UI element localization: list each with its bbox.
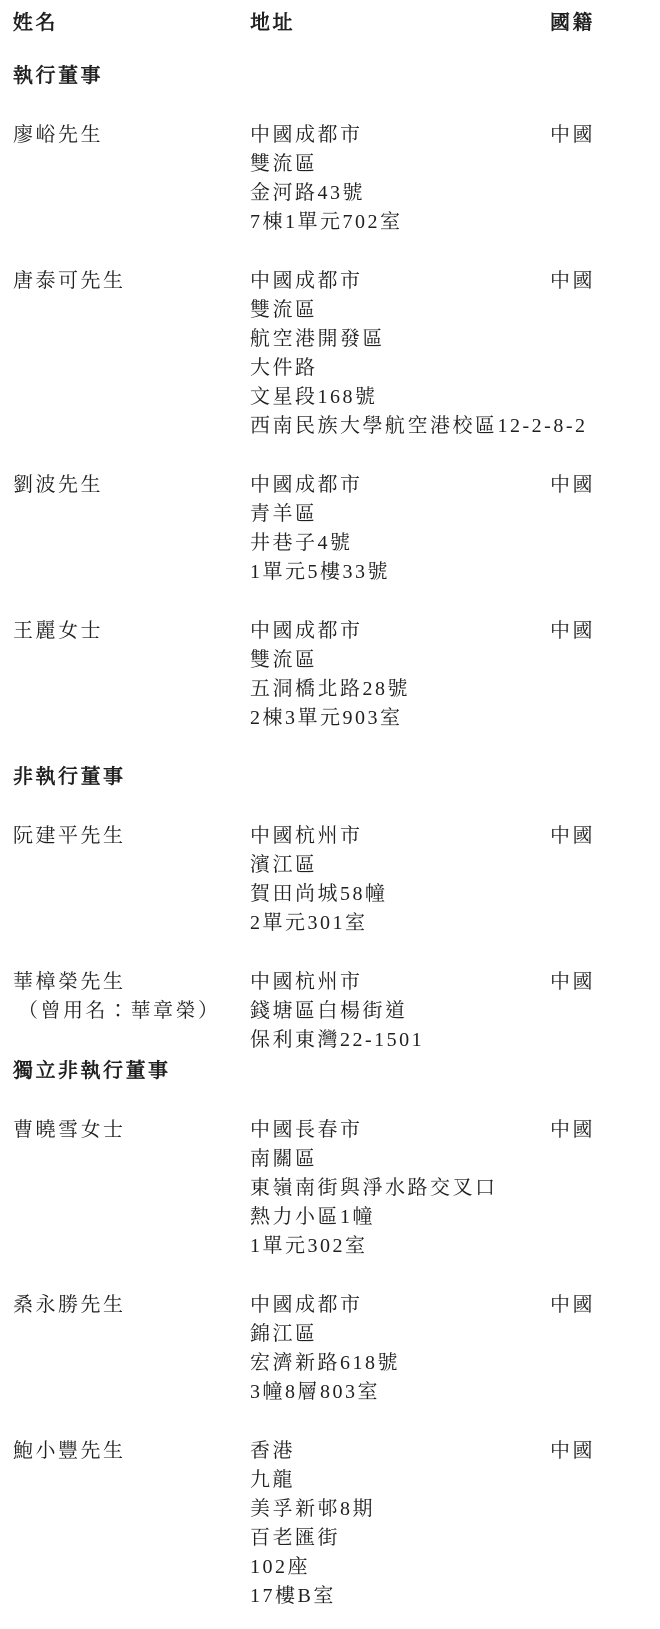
table-header: 姓名 地址 國籍 <box>13 9 656 38</box>
director-nationality: 中國 <box>550 471 656 500</box>
address-line: 中國長春市 <box>250 1116 550 1145</box>
director-row: 桑永勝先生 中國成都市 錦江區 宏濟新路618號 3幢8層803室 中國 <box>13 1291 656 1407</box>
address-line: 香港 <box>250 1437 550 1466</box>
address-line: 雙流區 <box>250 646 550 675</box>
address-line: 保利東灣22-1501 <box>250 1026 550 1055</box>
address-line: 102座 <box>250 1553 550 1582</box>
address-line: 大件路 <box>250 354 550 383</box>
director-name: 唐泰可先生 <box>13 267 250 296</box>
director-nationality: 中國 <box>550 1291 656 1320</box>
address-line: 濱江區 <box>250 851 550 880</box>
director-row: 阮建平先生 中國杭州市 濱江區 賀田尚城58幢 2單元301室 中國 <box>13 822 656 938</box>
address-line: 美孚新邨8期 <box>250 1495 550 1524</box>
address-line: 雙流區 <box>250 296 550 325</box>
director-row: 劉波先生 中國成都市 青羊區 井巷子4號 1單元5樓33號 中國 <box>13 471 656 587</box>
director-address: 中國杭州市 錢塘區白楊街道 保利東灣22-1501 <box>250 968 550 1055</box>
address-line: 1單元5樓33號 <box>250 558 550 587</box>
director-name-cell: 桑永勝先生 <box>13 1291 250 1320</box>
director-name-cell: 劉波先生 <box>13 471 250 500</box>
column-header-name: 姓名 <box>13 9 250 38</box>
section-title: 獨立非執行董事 <box>13 1057 656 1086</box>
address-line: 井巷子4號 <box>250 529 550 558</box>
address-line: 雙流區 <box>250 150 550 179</box>
director-nationality: 中國 <box>550 1437 656 1466</box>
director-row: 曹曉雪女士 中國長春市 南關區 東嶺南街與淨水路交叉口 熱力小區1幢 1單元30… <box>13 1116 656 1261</box>
directors-list: 執行董事 廖峪先生 中國成都市 雙流區 金河路43號 7棟1單元702室 中國 … <box>13 62 656 1611</box>
director-row: 鮑小豐先生 香港 九龍 美孚新邨8期 百老匯街 102座 17樓B室 中國 <box>13 1437 656 1611</box>
director-address: 香港 九龍 美孚新邨8期 百老匯街 102座 17樓B室 <box>250 1437 550 1611</box>
address-line: 東嶺南街與淨水路交叉口 <box>250 1174 550 1203</box>
address-line: 青羊區 <box>250 500 550 529</box>
director-row: 唐泰可先生 中國成都市 雙流區 航空港開發區 大件路 文星段168號 西南民族大… <box>13 267 656 441</box>
director-nationality: 中國 <box>550 968 656 997</box>
director-name: 曹曉雪女士 <box>13 1116 250 1145</box>
director-name-cell: 廖峪先生 <box>13 121 250 150</box>
address-line: 中國杭州市 <box>250 822 550 851</box>
address-line: 賀田尚城58幢 <box>250 880 550 909</box>
address-line: 文星段168號 <box>250 383 550 412</box>
address-line: 熱力小區1幢 <box>250 1203 550 1232</box>
director-name-cell: 曹曉雪女士 <box>13 1116 250 1145</box>
director-section: 非執行董事 阮建平先生 中國杭州市 濱江區 賀田尚城58幢 2單元301室 中國… <box>13 763 656 1055</box>
director-address: 中國杭州市 濱江區 賀田尚城58幢 2單元301室 <box>250 822 550 938</box>
section-title: 執行董事 <box>13 62 656 91</box>
address-line: 中國成都市 <box>250 617 550 646</box>
director-name-cell: 鮑小豐先生 <box>13 1437 250 1466</box>
section-rows: 廖峪先生 中國成都市 雙流區 金河路43號 7棟1單元702室 中國 唐泰可先生… <box>13 121 656 733</box>
column-header-nationality: 國籍 <box>550 9 656 38</box>
address-line: 航空港開發區 <box>250 325 550 354</box>
director-row: 廖峪先生 中國成都市 雙流區 金河路43號 7棟1單元702室 中國 <box>13 121 656 237</box>
section-rows: 阮建平先生 中國杭州市 濱江區 賀田尚城58幢 2單元301室 中國 華樟榮先生… <box>13 822 656 1055</box>
director-name: 劉波先生 <box>13 471 250 500</box>
director-name-cell: 華樟榮先生 （曾用名：華章榮） <box>13 968 250 1026</box>
director-name-cell: 唐泰可先生 <box>13 267 250 296</box>
address-line: 錢塘區白楊街道 <box>250 997 550 1026</box>
director-name: 廖峪先生 <box>13 121 250 150</box>
address-line: 西南民族大學航空港校區12-2-8-2 <box>250 412 550 441</box>
director-nationality: 中國 <box>550 1116 656 1145</box>
director-nationality: 中國 <box>550 267 656 296</box>
address-line: 1單元302室 <box>250 1232 550 1261</box>
address-line: 17樓B室 <box>250 1582 550 1611</box>
column-header-address: 地址 <box>250 9 550 38</box>
address-line: 五洞橋北路28號 <box>250 675 550 704</box>
director-nationality: 中國 <box>550 121 656 150</box>
address-line: 2單元301室 <box>250 909 550 938</box>
director-address: 中國成都市 錦江區 宏濟新路618號 3幢8層803室 <box>250 1291 550 1407</box>
address-line: 百老匯街 <box>250 1524 550 1553</box>
address-line: 金河路43號 <box>250 179 550 208</box>
address-line: 南關區 <box>250 1145 550 1174</box>
director-name: 桑永勝先生 <box>13 1291 250 1320</box>
director-address: 中國成都市 青羊區 井巷子4號 1單元5樓33號 <box>250 471 550 587</box>
director-row: 王麗女士 中國成都市 雙流區 五洞橋北路28號 2棟3單元903室 中國 <box>13 617 656 733</box>
address-line: 九龍 <box>250 1466 550 1495</box>
director-row: 華樟榮先生 （曾用名：華章榮） 中國杭州市 錢塘區白楊街道 保利東灣22-150… <box>13 968 656 1055</box>
section-title: 非執行董事 <box>13 763 656 792</box>
address-line: 2棟3單元903室 <box>250 704 550 733</box>
director-section: 執行董事 廖峪先生 中國成都市 雙流區 金河路43號 7棟1單元702室 中國 … <box>13 62 656 733</box>
directors-page: 姓名 地址 國籍 執行董事 廖峪先生 中國成都市 雙流區 金河路43號 7棟1單… <box>0 0 660 1629</box>
address-line: 7棟1單元702室 <box>250 208 550 237</box>
address-line: 中國成都市 <box>250 471 550 500</box>
address-line: 中國成都市 <box>250 267 550 296</box>
address-line: 中國杭州市 <box>250 968 550 997</box>
address-line: 3幢8層803室 <box>250 1378 550 1407</box>
director-name: 鮑小豐先生 <box>13 1437 250 1466</box>
director-name: 阮建平先生 <box>13 822 250 851</box>
director-name-cell: 王麗女士 <box>13 617 250 646</box>
director-nationality: 中國 <box>550 822 656 851</box>
address-line: 中國成都市 <box>250 1291 550 1320</box>
director-address: 中國長春市 南關區 東嶺南街與淨水路交叉口 熱力小區1幢 1單元302室 <box>250 1116 550 1261</box>
address-line: 錦江區 <box>250 1320 550 1349</box>
director-name-cell: 阮建平先生 <box>13 822 250 851</box>
director-address: 中國成都市 雙流區 航空港開發區 大件路 文星段168號 西南民族大學航空港校區… <box>250 267 550 441</box>
section-rows: 曹曉雪女士 中國長春市 南關區 東嶺南街與淨水路交叉口 熱力小區1幢 1單元30… <box>13 1116 656 1611</box>
director-name: 華樟榮先生 <box>13 968 250 997</box>
director-address: 中國成都市 雙流區 五洞橋北路28號 2棟3單元903室 <box>250 617 550 733</box>
director-nationality: 中國 <box>550 617 656 646</box>
director-section: 獨立非執行董事 曹曉雪女士 中國長春市 南關區 東嶺南街與淨水路交叉口 熱力小區… <box>13 1057 656 1611</box>
address-line: 中國成都市 <box>250 121 550 150</box>
director-name: 王麗女士 <box>13 617 250 646</box>
director-address: 中國成都市 雙流區 金河路43號 7棟1單元702室 <box>250 121 550 237</box>
director-alias: （曾用名：華章榮） <box>13 997 250 1026</box>
address-line: 宏濟新路618號 <box>250 1349 550 1378</box>
